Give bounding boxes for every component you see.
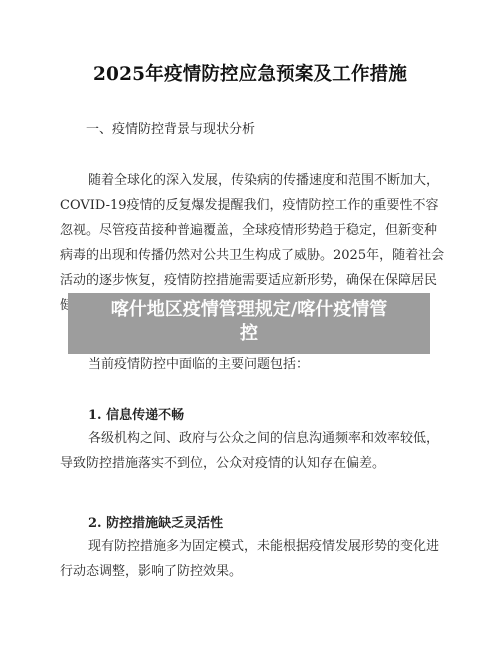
problem-2-text: 现有防控措施多为固定模式，未能根据疫情发展形势的变化进 行动态调整，影响了防控效… [60,534,442,584]
paragraph-line: 行动态调整，影响了防控效果。 [60,559,442,584]
banner-line-1: 喀什地区疫情管理规定/喀什疫情管 [76,298,422,322]
problems-intro: 当前疫情防控中面临的主要问题包括： [88,353,309,372]
paragraph-line: 导致防控措施落实不到位，公众对疫情的认知存在偏差。 [60,451,442,476]
paragraph-line: 各级机构之间、政府与公众之间的信息沟通频率和效率较低， [60,426,442,451]
paragraph-line: 病毒的出现和传播仍然对公共卫生构成了威胁。2025年，随着社会 [60,243,442,268]
paragraph-line: 随着全球化的深入发展，传染病的传播速度和范围不断加大， [60,168,442,193]
paragraph-line: 活动的逐步恢复，疫情防控措施需要适应新形势，确保在保障居民 [60,268,442,293]
paragraph-line: 现有防控措施多为固定模式，未能根据疫情发展形势的变化进 [60,534,442,559]
paragraph-line: COVID-19疫情的反复爆发提醒我们，疫情防控工作的重要性不容 [60,193,442,218]
overlay-title-banner: 喀什地区疫情管理规定/喀什疫情管 控 [68,293,430,354]
problem-1-text: 各级机构之间、政府与公众之间的信息沟通频率和效率较低， 导致防控措施落实不到位，… [60,426,442,476]
section-heading: 一、疫情防控背景与现状分析 [86,118,255,137]
document-page: 2025年疫情防控应急预案及工作措施 一、疫情防控背景与现状分析 随着全球化的深… [0,0,500,647]
banner-line-2: 控 [76,322,422,346]
problem-1-title: 1. 信息传递不畅 [88,404,184,423]
paragraph-line: 忽视。尽管疫苗接种普遍覆盖，全球疫情形势趋于稳定，但新变种 [60,218,442,243]
document-title: 2025年疫情防控应急预案及工作措施 [0,60,500,86]
problem-2-title: 2. 防控措施缺乏灵活性 [88,512,223,531]
